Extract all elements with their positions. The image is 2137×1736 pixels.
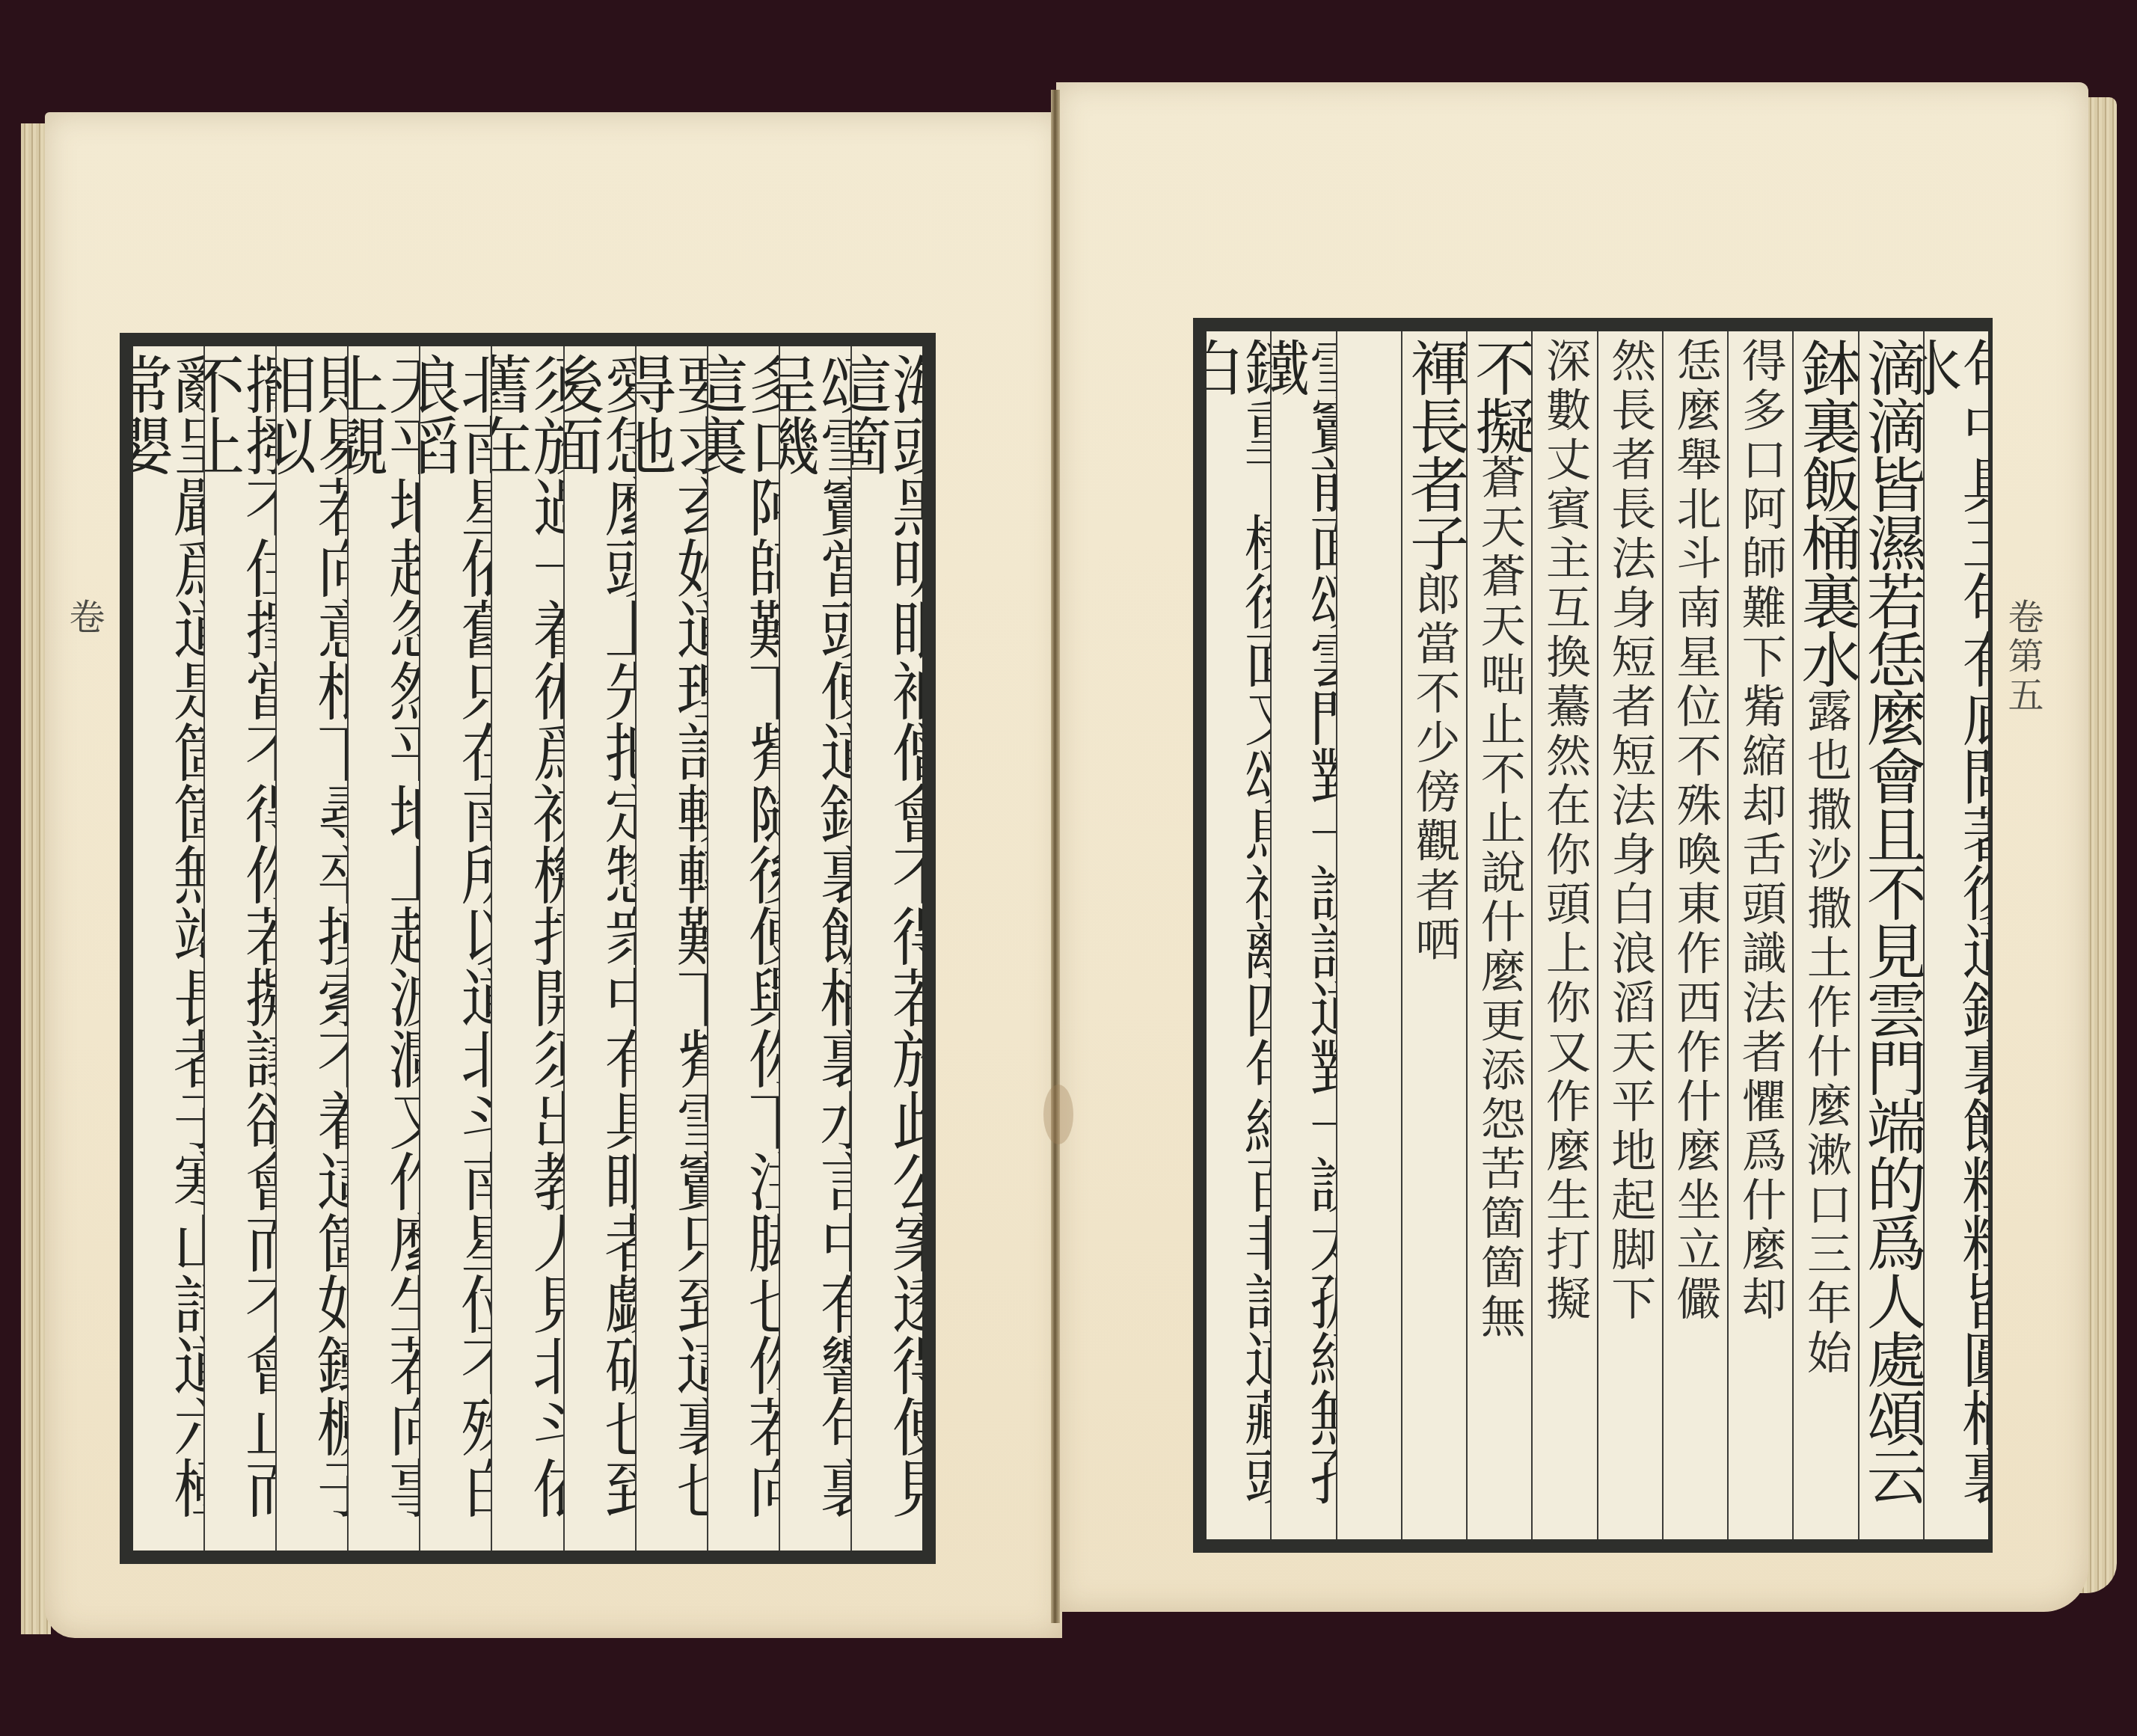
main-text: 褌長者子	[1404, 337, 1464, 571]
text-column: 海頭黑明眼衲僧會不得若於此公案透得便見這箇	[850, 346, 922, 1551]
text-column: 須放過一着術爲初機打開須出教人見北斗依舊在	[491, 346, 562, 1551]
text-column: 句中具三句有底問著復道鉢裏飯粒粒皆圓桶裏水	[1923, 331, 1988, 1539]
commentary-text: 深數丈賓主互換驀然在你頭上你又作麼生打擬	[1542, 337, 1587, 1325]
text-column: 雪竇前面頌雲門對一說話道對一說太孤絕無孔鐵	[1270, 331, 1335, 1539]
text-column: 愛恁麼頭上先把定惣衆中有具眼者覷破也到後面	[563, 346, 635, 1551]
main-text: 雪竇前面頌雲門對一說話道對一說太孤絕無孔鐵	[1270, 337, 1335, 1539]
text-column: 頌雪竇當頭便道鉢裏飯桶裏水言中有響句裏呈機	[779, 346, 850, 1551]
commentary-text: 得多口阿師難下觜縮却舌頭識法者懼爲什麼却	[1738, 337, 1783, 1325]
commentary-text: 然長者長法身短者短法身白浪滔天平地起脚下	[1607, 337, 1652, 1325]
main-text: 句中具三句有底問著復道鉢裏飯粒粒皆圓桶裏水	[1923, 337, 1988, 1539]
text-column: 擺撥不住擇當不得你若擬議欲會而不會止而不止	[203, 346, 275, 1551]
text-column: 則易若向意根下尋卒摸索不着這箇如鐵橛子相似	[275, 346, 347, 1551]
text-column: 鉢裏飯桶裏水 露也撒沙撒土作什麼漱口三年始	[1792, 331, 1857, 1539]
text-column: 滴滴皆濕若恁麼會且不見雲門端的爲人處頌云	[1858, 331, 1923, 1539]
text-column: 然長者長法身短者短法身白浪滔天平地起脚下	[1597, 331, 1662, 1539]
text-column: 不擬 蒼天蒼天咄止不止說什麼更添怨苦箇箇無	[1466, 331, 1531, 1539]
commentary-text: 恁麼舉北斗南星位不殊喚東作西作什麼坐立儼	[1672, 337, 1717, 1325]
commentary-text: 蒼天蒼天咄止不止說什麼更添怨苦箇箇無	[1477, 454, 1522, 1343]
text-column: 天平地起忽然平地上起波瀾又作麼生若向事上覷	[347, 346, 419, 1551]
text-column: 得多口阿師難下觜縮却舌頭識法者懼爲什麼却	[1727, 331, 1792, 1539]
left-margin-label: 卷	[58, 598, 110, 637]
right-text-frame: 句中具三句有底問著復道鉢裏飯粒粒皆圓桶裏水 滴滴皆濕若恁麼會且不見雲門端的爲人處…	[1193, 318, 1993, 1553]
main-text: 滴滴皆濕若恁麼會且不見雲門端的爲人處頌云	[1861, 337, 1921, 1504]
commentary-text: 露也撒沙撒土作什麼漱口三年始	[1803, 687, 1848, 1378]
commentary-text: 郎當不少傍觀者哂	[1411, 571, 1456, 966]
text-column: 褌長者子 郎當不少傍觀者哂	[1401, 331, 1466, 1539]
text-column: 要求玄妙道理計較轉難下觜雪竇只到這裏也得他	[635, 346, 707, 1551]
main-text: 鉢裏飯桶裏水	[1796, 337, 1856, 687]
main-text: 鎚重下楔後面又頌馬祖離四句絕百非話道藏頭白	[1207, 337, 1270, 1539]
book-gutter	[1051, 90, 1060, 1623]
left-text-frame: 海頭黑明眼衲僧會不得若於此公案透得便見這箇 頌雪竇當頭便道鉢裏飯桶裏水言中有響句…	[120, 333, 936, 1564]
text-column: 鎚重下楔後面又頌馬祖離四句絕百非話道藏頭白	[1207, 331, 1270, 1539]
text-column: 多口阿師難下觜隨後便與你下注脚也你若向這裏	[707, 346, 779, 1551]
main-text: 不擬	[1470, 337, 1530, 454]
blank-column	[1336, 331, 1401, 1539]
binding-stain	[1043, 1085, 1073, 1144]
text-column: 北南星依舊只在南所以道北斗南星位不殊白浪滔	[419, 346, 491, 1551]
right-margin-label: 卷第五	[1997, 598, 2049, 715]
text-column: 亂呈嚴爲道是箇箇無竭長者子寒山詩道六極常嬰	[133, 346, 203, 1551]
text-column: 恁麼舉北斗南星位不殊喚東作西作什麼坐立儼	[1662, 331, 1727, 1539]
text-column: 深數丈賓主互換驀然在你頭上你又作麼生打擬	[1531, 331, 1596, 1539]
